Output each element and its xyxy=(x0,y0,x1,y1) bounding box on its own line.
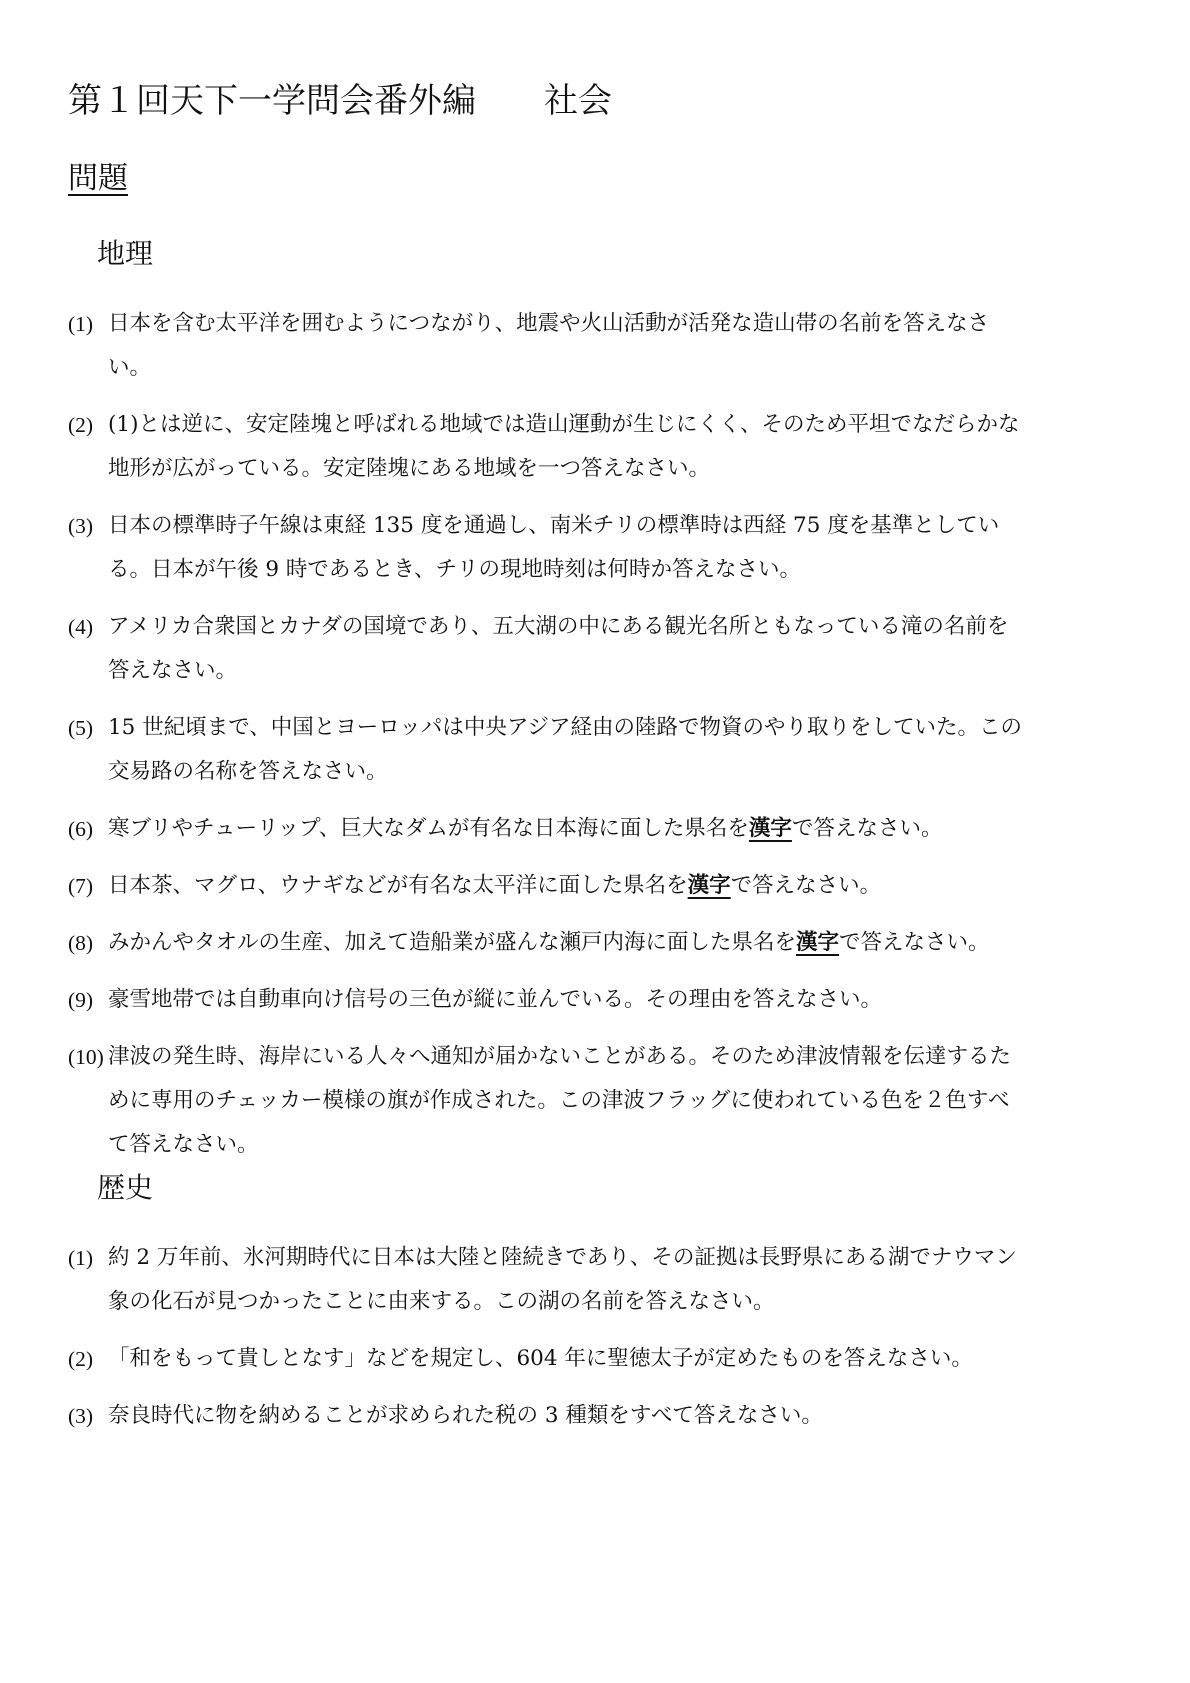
question-text: アメリカ合衆国とカナダの国境であり、五大湖の中にある観光名所ともなっている滝の名… xyxy=(108,605,1028,693)
question-number: (1) xyxy=(68,1236,93,1280)
question-number: (4) xyxy=(68,605,93,649)
question-text-after: で答えなさい。 xyxy=(731,873,882,898)
question-number: (5) xyxy=(68,706,93,750)
question-number: (3) xyxy=(68,1394,93,1438)
section-heading-geography: 地理 xyxy=(97,236,153,272)
question-text: 寒ブリやチューリップ、巨大なダムが有名な日本海に面した県名を漢字で答えなさい。 xyxy=(108,807,1028,851)
history-question-2: (2) 「和をもって貴しとなす」などを規定し、604 年に聖徳太子が定めたものを… xyxy=(68,1337,1028,1381)
emphasis-kanji: 漢字 xyxy=(796,930,839,955)
question-text-before: 寒ブリやチューリップ、巨大なダムが有名な日本海に面した県名を xyxy=(108,816,749,841)
emphasis-kanji: 漢字 xyxy=(688,873,731,898)
document-page: 第１回天下一学問会番外編社会 問題 地理 (1) 日本を含む太平洋を囲むようにつ… xyxy=(0,0,1190,1683)
document-title: 第１回天下一学問会番外編社会 xyxy=(68,80,612,122)
question-text: 奈良時代に物を納めることが求められた税の 3 種類をすべて答えなさい。 xyxy=(108,1394,1028,1438)
question-number: (7) xyxy=(68,864,93,908)
question-text: 日本を含む太平洋を囲むようにつながり、地震や火山活動が活発な造山帯の名前を答えな… xyxy=(108,302,1028,390)
subject-label: 社会 xyxy=(544,81,612,121)
question-number: (6) xyxy=(68,807,93,851)
geography-question-9: (9) 豪雪地帯では自動車向け信号の三色が縦に並んでいる。その理由を答えなさい。 xyxy=(68,978,1028,1022)
question-number: (2) xyxy=(68,1337,93,1381)
history-question-1: (1) 約 2 万年前、氷河期時代に日本は大陸と陸続きであり、その証拠は長野県に… xyxy=(68,1236,1028,1324)
history-question-list: (1) 約 2 万年前、氷河期時代に日本は大陸と陸続きであり、その証拠は長野県に… xyxy=(68,1236,1028,1451)
question-text: 日本の標準時子午線は東経 135 度を通過し、南米チリの標準時は西経 75 度を… xyxy=(108,504,1028,592)
question-number: (10) xyxy=(68,1035,104,1079)
geography-question-1: (1) 日本を含む太平洋を囲むようにつながり、地震や火山活動が活発な造山帯の名前… xyxy=(68,302,1028,390)
geography-question-10: (10) 津波の発生時、海岸にいる人々へ通知が届かないことがある。そのため津波情… xyxy=(68,1035,1028,1167)
question-text: (1)とは逆に、安定陸塊と呼ばれる地域では造山運動が生じにくく、そのため平坦でな… xyxy=(108,403,1028,491)
question-text-before: みかんやタオルの生産、加えて造船業が盛んな瀬戸内海に面した県名を xyxy=(108,930,796,955)
geography-question-7: (7) 日本茶、マグロ、ウナギなどが有名な太平洋に面した県名を漢字で答えなさい。 xyxy=(68,864,1028,908)
geography-question-8: (8) みかんやタオルの生産、加えて造船業が盛んな瀬戸内海に面した県名を漢字で答… xyxy=(68,921,1028,965)
question-number: (9) xyxy=(68,978,93,1022)
title-text: 第１回天下一学問会番外編 xyxy=(68,81,476,121)
problems-heading: 問題 xyxy=(68,160,128,198)
question-text: 「和をもって貴しとなす」などを規定し、604 年に聖徳太子が定めたものを答えなさ… xyxy=(108,1337,1028,1381)
question-text-after: で答えなさい。 xyxy=(792,816,943,841)
question-text: 約 2 万年前、氷河期時代に日本は大陸と陸続きであり、その証拠は長野県にある湖で… xyxy=(108,1236,1028,1324)
section-heading-history: 歴史 xyxy=(97,1170,153,1206)
geography-question-2: (2) (1)とは逆に、安定陸塊と呼ばれる地域では造山運動が生じにくく、そのため… xyxy=(68,403,1028,491)
question-number: (1) xyxy=(68,302,93,346)
geography-question-6: (6) 寒ブリやチューリップ、巨大なダムが有名な日本海に面した県名を漢字で答えな… xyxy=(68,807,1028,851)
question-text: みかんやタオルの生産、加えて造船業が盛んな瀬戸内海に面した県名を漢字で答えなさい… xyxy=(108,921,1028,965)
question-text: 15 世紀頃まで、中国とヨーロッパは中央アジア経由の陸路で物資のやり取りをしてい… xyxy=(108,706,1028,794)
geography-question-3: (3) 日本の標準時子午線は東経 135 度を通過し、南米チリの標準時は西経 7… xyxy=(68,504,1028,592)
question-number: (2) xyxy=(68,403,93,447)
geography-question-4: (4) アメリカ合衆国とカナダの国境であり、五大湖の中にある観光名所ともなってい… xyxy=(68,605,1028,693)
question-text: 豪雪地帯では自動車向け信号の三色が縦に並んでいる。その理由を答えなさい。 xyxy=(108,978,1028,1022)
question-text-before: 日本茶、マグロ、ウナギなどが有名な太平洋に面した県名を xyxy=(108,873,688,898)
question-text-after: で答えなさい。 xyxy=(839,930,990,955)
question-number: (3) xyxy=(68,504,93,548)
geography-question-list: (1) 日本を含む太平洋を囲むようにつながり、地震や火山活動が活発な造山帯の名前… xyxy=(68,302,1028,1180)
geography-question-5: (5) 15 世紀頃まで、中国とヨーロッパは中央アジア経由の陸路で物資のやり取り… xyxy=(68,706,1028,794)
question-number: (8) xyxy=(68,921,93,965)
question-text: 津波の発生時、海岸にいる人々へ通知が届かないことがある。そのため津波情報を伝達す… xyxy=(108,1035,1028,1167)
history-question-3: (3) 奈良時代に物を納めることが求められた税の 3 種類をすべて答えなさい。 xyxy=(68,1394,1028,1438)
emphasis-kanji: 漢字 xyxy=(749,816,792,841)
question-text: 日本茶、マグロ、ウナギなどが有名な太平洋に面した県名を漢字で答えなさい。 xyxy=(108,864,1028,908)
